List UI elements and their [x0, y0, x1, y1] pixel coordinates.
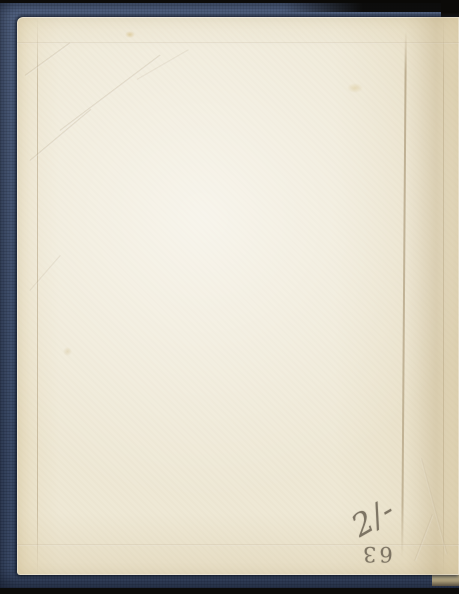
foxing-stain: [347, 83, 363, 93]
wrinkle-crease: [24, 42, 70, 77]
wrinkle-crease: [59, 54, 161, 131]
top-ridge-crease: [17, 42, 459, 44]
left-turn-in-line: [37, 17, 38, 575]
wrinkle-crease: [29, 109, 92, 162]
right-page-edge-line: [443, 17, 444, 575]
pencil-number-mark: 63: [360, 543, 393, 564]
foxing-stain: [125, 31, 135, 38]
endpaper: [17, 17, 459, 575]
foxing-stain: [63, 347, 72, 356]
scan-edge-shadow-top: [284, 0, 459, 12]
book-scan: 2/- 63: [0, 0, 459, 594]
wrinkle-crease: [29, 255, 61, 292]
